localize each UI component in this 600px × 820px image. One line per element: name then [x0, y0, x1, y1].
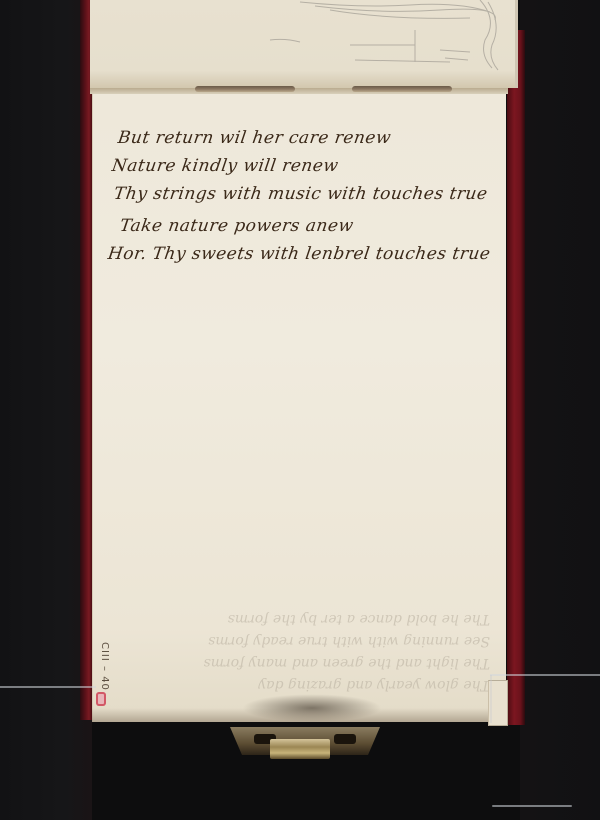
- bleed-line: The light and the green and many forms: [120, 652, 490, 674]
- binding-stitch: [352, 86, 452, 92]
- binding-stitch: [195, 86, 295, 92]
- upper-page: [90, 0, 518, 88]
- brass-clasp: [230, 727, 380, 761]
- plastic-strip-edge: [492, 805, 572, 807]
- main-page: But return wil her care renew Nature kin…: [92, 94, 506, 722]
- collection-stamp: [96, 692, 106, 706]
- verse-line: Hor. Thy sweets with lenbrel touches tru…: [106, 240, 500, 268]
- dark-background-right: [520, 0, 600, 820]
- pencil-sketch: [240, 0, 530, 75]
- verse-line: Thy strings with music with touches true: [112, 180, 500, 208]
- clasp-hole: [334, 734, 356, 744]
- red-cover-edge-right: [507, 30, 525, 725]
- verse-line: Nature kindly will renew: [110, 152, 500, 180]
- bleed-line: See running with with true ready forms: [120, 630, 490, 652]
- plastic-strip-edge: [490, 675, 492, 723]
- plastic-strip-edge: [0, 686, 96, 688]
- verse-line: Take nature powers anew: [118, 212, 500, 240]
- bleed-through-text: The glow yearly and grazing day The ligh…: [120, 608, 490, 696]
- clasp-center: [270, 739, 330, 759]
- red-cover-edge-left: [80, 0, 92, 720]
- ink-smudge: [242, 694, 382, 722]
- handwritten-verse: But return wil her care renew Nature kin…: [108, 124, 498, 268]
- plastic-strip-edge: [490, 674, 600, 676]
- verse-line: But return wil her care renew: [116, 124, 500, 152]
- bleed-line: The glow yearly and grazing day: [120, 674, 490, 696]
- bleed-line: The he bold dance a ter by the forms: [120, 608, 490, 630]
- dark-background-left: [0, 0, 92, 820]
